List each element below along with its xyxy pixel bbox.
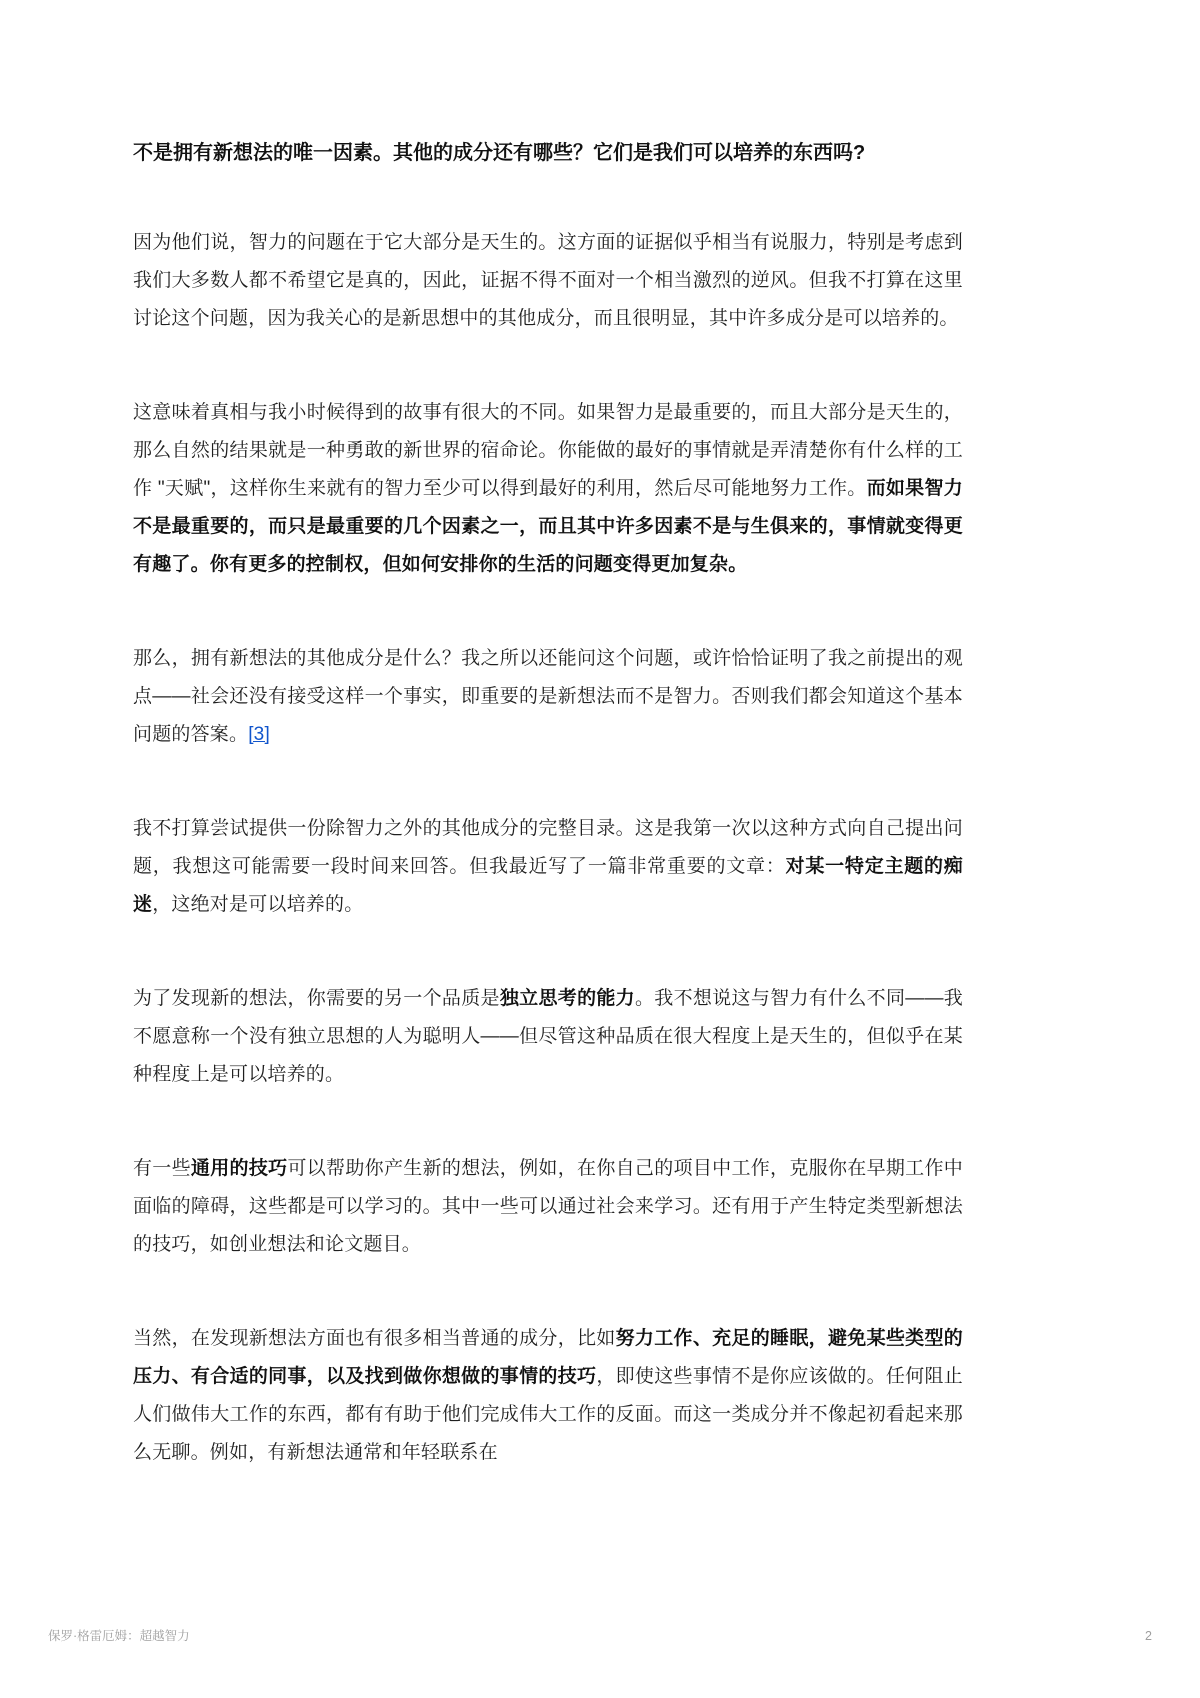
document-content: 不是拥有新想法的唯一因素。其他的成分还有哪些？它们是我们可以培养的东西吗? 因为… (0, 0, 1200, 1472)
footnote-link-3[interactable]: [3] (248, 724, 270, 745)
footer-document-title: 保罗·格雷厄姆：超越智力 (48, 1626, 190, 1644)
page-heading: 不是拥有新想法的唯一因素。其他的成分还有哪些？它们是我们可以培养的东西吗? (133, 138, 963, 168)
footer-page-number: 2 (1145, 1629, 1152, 1643)
paragraph-6: 有一些通用的技巧可以帮助你产生新的想法，例如，在你自己的项目中工作，克服你在早期… (133, 1150, 963, 1264)
paragraph-7: 当然，在发现新想法方面也有很多相当普通的成分，比如努力工作、充足的睡眠，避免某些… (133, 1320, 963, 1472)
text-run: 当然，在发现新想法方面也有很多相当普通的成分，比如 (133, 1328, 616, 1349)
text-run: ，这绝对是可以培养的。 (152, 894, 363, 915)
page-footer: 保罗·格雷厄姆：超越智力 2 (48, 1626, 1152, 1644)
text-run: 为了发现新的想法，你需要的另一个品质是 (133, 988, 500, 1009)
bold-text-run: 独立思考的能力 (500, 988, 635, 1009)
text-run: 因为他们说，智力的问题在于它大部分是天生的。这方面的证据似乎相当有说服力，特别是… (133, 232, 963, 329)
paragraph-4: 我不打算尝试提供一份除智力之外的其他成分的完整目录。这是我第一次以这种方式向自己… (133, 810, 963, 924)
bold-text-run: 通用的技巧 (191, 1158, 288, 1179)
paragraph-3: 那么，拥有新想法的其他成分是什么？我之所以还能问这个问题，或许恰恰证明了我之前提… (133, 640, 963, 754)
paragraph-2: 这意味着真相与我小时候得到的故事有很大的不同。如果智力是最重要的，而且大部分是天… (133, 394, 963, 584)
paragraph-5: 为了发现新的想法，你需要的另一个品质是独立思考的能力。我不想说这与智力有什么不同… (133, 980, 963, 1094)
text-run: 有一些 (133, 1158, 191, 1179)
text-run: 这意味着真相与我小时候得到的故事有很大的不同。如果智力是最重要的，而且大部分是天… (133, 402, 963, 499)
document-page: 不是拥有新想法的唯一因素。其他的成分还有哪些？它们是我们可以培养的东西吗? 因为… (0, 0, 1200, 1698)
paragraph-1: 因为他们说，智力的问题在于它大部分是天生的。这方面的证据似乎相当有说服力，特别是… (133, 224, 963, 338)
